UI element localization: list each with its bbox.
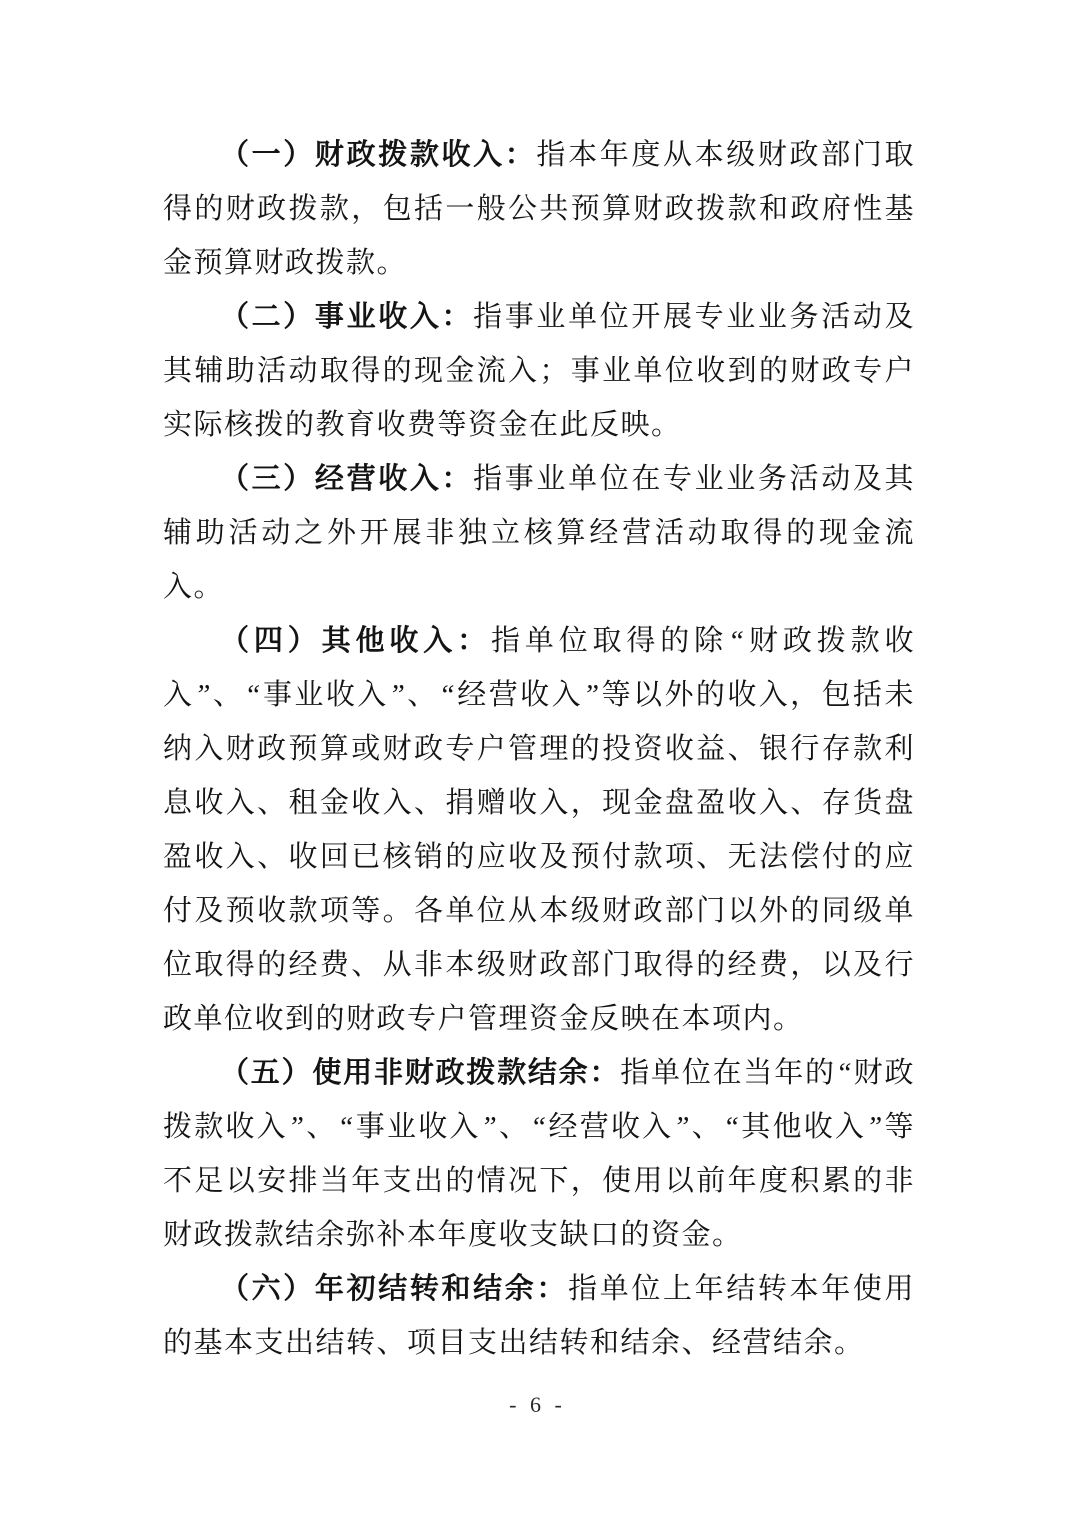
document-body: （一）财政拨款收入：指本年度从本级财政部门取得的财政拨款，包括一般公共预算财政拨…	[163, 128, 915, 1370]
paragraph-heading: （六）年初结转和结余：	[220, 1273, 568, 1305]
paragraph-institutional-income: （二）事业收入：指事业单位开展专业业务活动及其辅助活动取得的现金流入；事业单位收…	[163, 290, 915, 452]
paragraph-heading: （三）经营收入：	[220, 463, 473, 495]
paragraph-fiscal-appropriation-income: （一）财政拨款收入：指本年度从本级财政部门取得的财政拨款，包括一般公共预算财政拨…	[163, 128, 915, 290]
paragraph-heading: （四）其他收入：	[220, 625, 491, 657]
paragraph-operating-income: （三）经营收入：指事业单位在专业业务活动及其辅助活动之外开展非独立核算经营活动取…	[163, 452, 915, 614]
paragraph-heading: （五）使用非财政拨款结余：	[220, 1057, 620, 1089]
paragraph-other-income: （四）其他收入：指单位取得的除“财政拨款收入”、“事业收入”、“经营收入”等以外…	[163, 614, 915, 1046]
paragraph-text: 指单位取得的除“财政拨款收入”、“事业收入”、“经营收入”等以外的收入，包括未纳…	[163, 625, 915, 1035]
paragraph-heading: （一）财政拨款收入：	[220, 139, 536, 171]
page-number: - 6 -	[0, 1392, 1075, 1418]
paragraph-non-fiscal-surplus-use: （五）使用非财政拨款结余：指单位在当年的“财政拨款收入”、“事业收入”、“经营收…	[163, 1046, 915, 1262]
paragraph-heading: （二）事业收入：	[220, 301, 473, 333]
document-page: （一）财政拨款收入：指本年度从本级财政部门取得的财政拨款，包括一般公共预算财政拨…	[0, 0, 1075, 1520]
paragraph-beginning-year-carryover: （六）年初结转和结余：指单位上年结转本年使用的基本支出结转、项目支出结转和结余、…	[163, 1262, 915, 1370]
